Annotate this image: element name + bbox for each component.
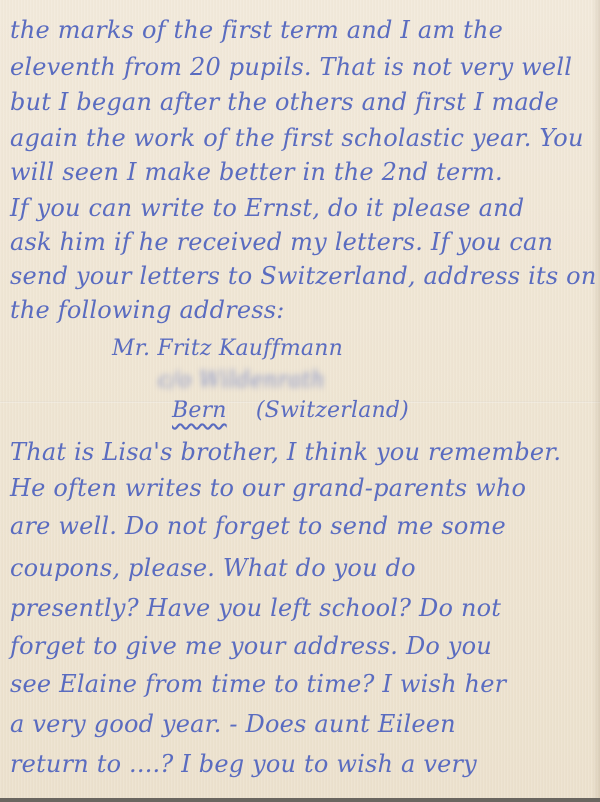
paper-edge [592,0,600,802]
address-city: Bern [172,398,227,423]
letter-page: the marks of the first term and I am the… [0,0,600,802]
letter-line: forget to give me your address. Do you [10,634,492,658]
letter-line: the following address: [10,298,285,322]
letter-line: That is Lisa's brother, I think you reme… [10,440,561,464]
letter-line: eleventh from 20 pupils. That is not ver… [10,55,572,79]
letter-line: will seen I make better in the 2nd term. [10,160,503,184]
letter-line: but I began after the others and first I… [10,90,559,114]
address-city-row: Bern (Switzerland) [172,400,409,422]
letter-line: If you can write to Ernst, do it please … [10,196,524,220]
letter-line: return to ....? I beg you to wish a very [10,752,477,776]
letter-line: again the work of the first scholastic y… [10,126,584,150]
paper-bottom-edge [0,798,600,802]
letter-line: are well. Do not forget to send me some [10,514,506,538]
address-name: Mr. Fritz Kauffmann [112,338,343,360]
letter-line: see Elaine from time to time? I wish her [10,672,506,696]
address-street-redacted: c/o Wildenrath [158,370,325,392]
letter-line: presently? Have you left school? Do not [10,596,501,620]
letter-line: ask him if he received my letters. If yo… [10,230,553,254]
letter-line: coupons, please. What do you do [10,556,416,580]
letter-line: send your letters to Switzerland, addres… [10,264,596,288]
letter-line: a very good year. - Does aunt Eileen [10,712,456,736]
letter-line: the marks of the first term and I am the [10,18,503,42]
letter-line: He often writes to our grand-parents who [10,476,526,500]
address-country: (Switzerland) [256,398,409,423]
